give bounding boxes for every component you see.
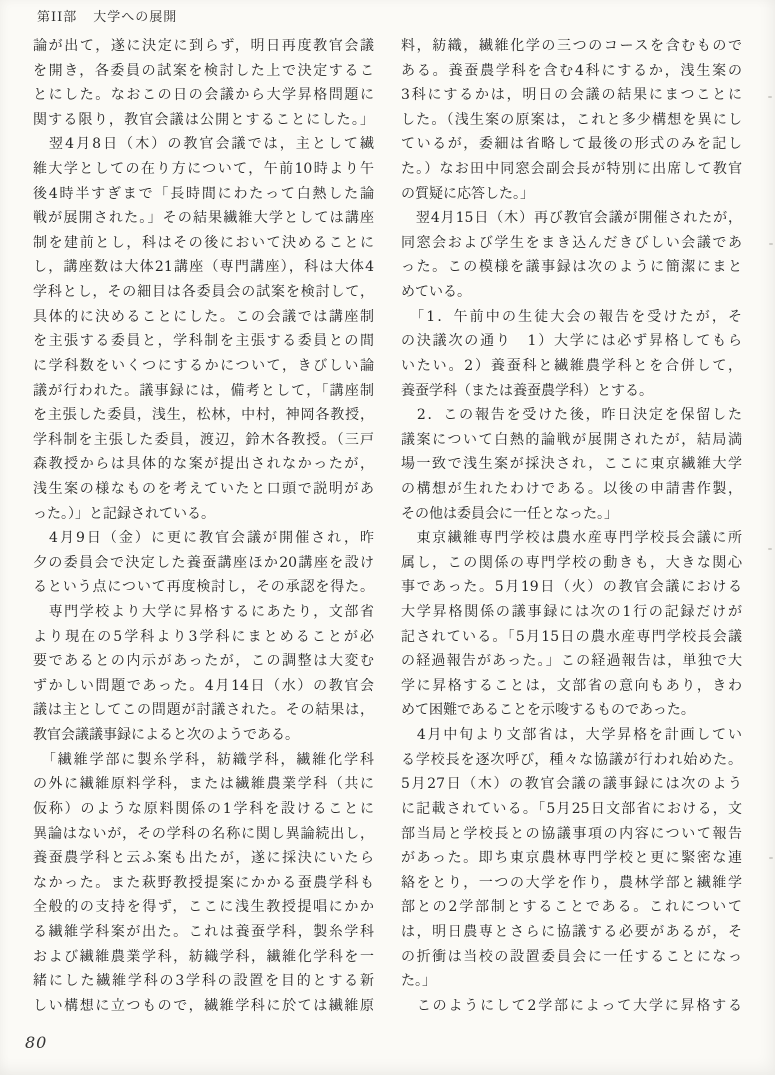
text-line: および繊維農業学科，紡織学科，繊維化学科を一 xyxy=(33,945,374,970)
text-line: 部当局と学校長との協議事項の内容について報告 xyxy=(401,822,742,847)
text-body: 論が出て，遂に決定に到らず，明日再度教官会議を開き，各委員の試案を検討した上で決… xyxy=(33,34,742,1018)
text-line: 属し，この関係の専門学校の動きも，大きな関心 xyxy=(401,551,742,576)
text-line: 制を建前とし，科はその後において決めることに xyxy=(33,231,374,256)
text-line: 記されている。「5月15日の農水産専門学校長会議 xyxy=(401,625,742,650)
text-line: 浅生案の様なものを考えていたと口頭で説明があ xyxy=(33,477,374,502)
scan-speck xyxy=(769,857,773,859)
text-line: 場一致で浅生案が採決され，ここに東京繊維大学 xyxy=(401,452,742,477)
text-line: 養蚕農学科と云ふ案も出たが，遂に採決にいたら xyxy=(33,846,374,871)
text-line: の構想が生れたわけである。以後の申請書作製， xyxy=(401,477,742,502)
text-line: 4月9日（金）に更に教官会議が開催され，昨 xyxy=(33,526,374,551)
text-line: その他は委員会に一任となった。」 xyxy=(401,502,742,527)
text-line: 維大学としての在り方について，午前10時より午 xyxy=(33,157,374,182)
text-line: の外に繊維原料学科，または繊維農業学科（共に xyxy=(33,772,374,797)
scan-speck xyxy=(768,548,772,550)
text-line: しい構想に立つもので，繊維学科に於ては繊維原 xyxy=(33,994,374,1019)
text-line: の質疑に応答した。」 xyxy=(401,182,742,207)
text-line: ているが，委細は省略して最後の形式のみを記し xyxy=(401,132,742,157)
text-line: 要であるとの内示があったが，この調整は大変む xyxy=(33,649,374,674)
running-header: 第II部大学への展開 xyxy=(37,6,177,25)
text-line: 同窓会および学生をまき込んだきびしい会議であ xyxy=(401,231,742,256)
text-line: 「1．午前中の生徒大会の報告を受けたが，そ xyxy=(401,305,742,330)
scan-speck xyxy=(768,96,772,98)
text-line: 5月27日（木）の教官会議の議事録には次のよう xyxy=(401,772,742,797)
text-line: は，明日農専とさらに協議する必要があるが，そ xyxy=(401,920,742,945)
text-line: の経過報告があった。」この経過報告は，単独で大 xyxy=(401,649,742,674)
text-line: ある。養蚕農学科を含む4科にするか，浅生案の xyxy=(401,59,742,84)
text-line: る繊維学科案が出た。これは養蚕学科，製糸学科 xyxy=(33,920,374,945)
text-line: った。この模様を議事録は次のように簡潔にまと xyxy=(401,255,742,280)
text-line: に記載されている。「5月25日文部省における，文 xyxy=(401,797,742,822)
text-line: ずかしい問題であった。4月14日（水）の教官会 xyxy=(33,674,374,699)
text-line: るという点について再度検討し，その承認を得た。 xyxy=(33,575,374,600)
text-line: た。」 xyxy=(401,969,742,994)
chapter-title: 大学への展開 xyxy=(93,10,177,25)
scan-speck xyxy=(769,243,773,245)
text-line: いたい。2）養蚕科と繊維農学科とを合併して， xyxy=(401,354,742,379)
text-line: 全般的の支持を得ず，ここに浅生教授提唱にかか xyxy=(33,895,374,920)
text-line: った。）」と記録されている。 xyxy=(33,502,374,527)
text-line: このようにして2学部によって大学に昇格する xyxy=(401,994,742,1019)
text-line: 2．この報告を受けた後，昨日決定を保留した xyxy=(401,403,742,428)
text-line: 料，紡織，繊維化学の三つのコースを含むもので xyxy=(401,34,742,59)
text-line: る学校長を逐次呼び，種々な協議が行われ始めた。 xyxy=(401,748,742,773)
text-line: 3科にするかは，明日の会議の結果にまつことに xyxy=(401,83,742,108)
text-line: に学科数をいくつにするかについて，きびしい論 xyxy=(33,354,374,379)
left-column: 論が出て，遂に決定に到らず，明日再度教官会議を開き，各委員の試案を検討した上で決… xyxy=(33,34,374,1018)
text-line: を開き，各委員の試案を検討した上で決定するこ xyxy=(33,59,374,84)
text-line: 森教授からは具体的な案が提出されなかったが， xyxy=(33,452,374,477)
text-line: 議案について白熱的論戦が展開されたが，結局満 xyxy=(401,428,742,453)
text-line: より現在の5学科より3学科にまとめることが必 xyxy=(33,625,374,650)
text-line: 大学昇格関係の議事録には次の1行の記録だけが xyxy=(401,600,742,625)
text-line: めている。 xyxy=(401,280,742,305)
text-line: た。）なお田中同窓会副会長が特別に出席して教官 xyxy=(401,157,742,182)
text-line: 学に昇格することは，文部省の意向もあり，きわ xyxy=(401,674,742,699)
text-line: 翌4月8日（木）の教官会議では，主として繊 xyxy=(33,132,374,157)
text-line: 学科制を主張した委員，渡辺，鈴木各教授。（三戸 xyxy=(33,428,374,453)
text-line: 具体的に決めることにした。この会議では講座制 xyxy=(33,305,374,330)
text-line: 論が出て，遂に決定に到らず，明日再度教官会議 xyxy=(33,34,374,59)
book-page: 第II部大学への展開 論が出て，遂に決定に到らず，明日再度教官会議を開き，各委員… xyxy=(0,0,775,1075)
text-line: があった。即ち東京農林専門学校と更に緊密な連 xyxy=(401,846,742,871)
text-line: 議が行われた。議事録には，備考として，「講座制 xyxy=(33,379,374,404)
text-line: 翌4月15日（木）再び教官会議が開催されたが， xyxy=(401,206,742,231)
text-line: した。（浅生案の原案は，これと多少構想を異にし xyxy=(401,108,742,133)
text-line: 夕の委員会で決定した養蚕講座ほか20講座を設け xyxy=(33,551,374,576)
text-line: 養蚕学科（または養蚕農学科）とする。 xyxy=(401,379,742,404)
text-line: 異論はないが，その学科の名称に関し異論続出し， xyxy=(33,822,374,847)
text-line: 戦が展開された。」その結果繊維大学としては講座 xyxy=(33,206,374,231)
text-line: 絡をとり，一つの大学を作り，農林学部と繊維学 xyxy=(401,871,742,896)
text-line: 後4時半すぎまで「長時間にわたって白熱した論 xyxy=(33,182,374,207)
right-column: 料，紡織，繊維化学の三つのコースを含むものである。養蚕農学科を含む4科にするか，… xyxy=(401,34,742,1018)
text-line: 部との2学部制とすることである。これについて xyxy=(401,895,742,920)
text-line: 4月中旬より文部省は，大学昇格を計画してい xyxy=(401,723,742,748)
text-line: 「繊維学部に製糸学科，紡織学科，繊維化学科 xyxy=(33,748,374,773)
text-line: 緒にした繊維学科の3学科の設置を目的とする新 xyxy=(33,969,374,994)
section-label: 第II部 xyxy=(37,10,77,25)
text-line: 東京繊維専門学校は農水産専門学校長会議に所 xyxy=(401,526,742,551)
text-line: めて困難であることを示唆するものであった。 xyxy=(401,698,742,723)
text-line: を主張した委員，浅生，松林，中村，神岡各教授， xyxy=(33,403,374,428)
text-line: の決議次の通り 1）大学には必ず昇格してもら xyxy=(401,329,742,354)
text-line: し，講座数は大体21講座（専門講座），科は大体4 xyxy=(33,255,374,280)
text-line: とにした。なおこの日の会議から大学昇格問題に xyxy=(33,83,374,108)
text-line: 学科とし，その細目は各委員会の試案を検討して， xyxy=(33,280,374,305)
text-line: の折衝は当校の設置委員会に一任することになっ xyxy=(401,945,742,970)
text-line: 関する限り，教官会議は公開とすることにした。」 xyxy=(33,108,374,133)
text-line: なかった。また萩野教授提案にかかる蚕農学科も xyxy=(33,871,374,896)
text-line: 教官会議議事録によると次のようである。 xyxy=(33,723,374,748)
text-line: 専門学校より大学に昇格するにあたり，文部省 xyxy=(33,600,374,625)
text-line: 事であった。5月19日（火）の教官会議における xyxy=(401,575,742,600)
text-line: を主張する委員と，学科制を主張する委員との間 xyxy=(33,329,374,354)
text-line: 議は主としてこの問題が討議された。その結果は， xyxy=(33,698,374,723)
text-line: 仮称）のような原料関係の1学科を設けることに xyxy=(33,797,374,822)
page-number: 80 xyxy=(25,1033,47,1052)
